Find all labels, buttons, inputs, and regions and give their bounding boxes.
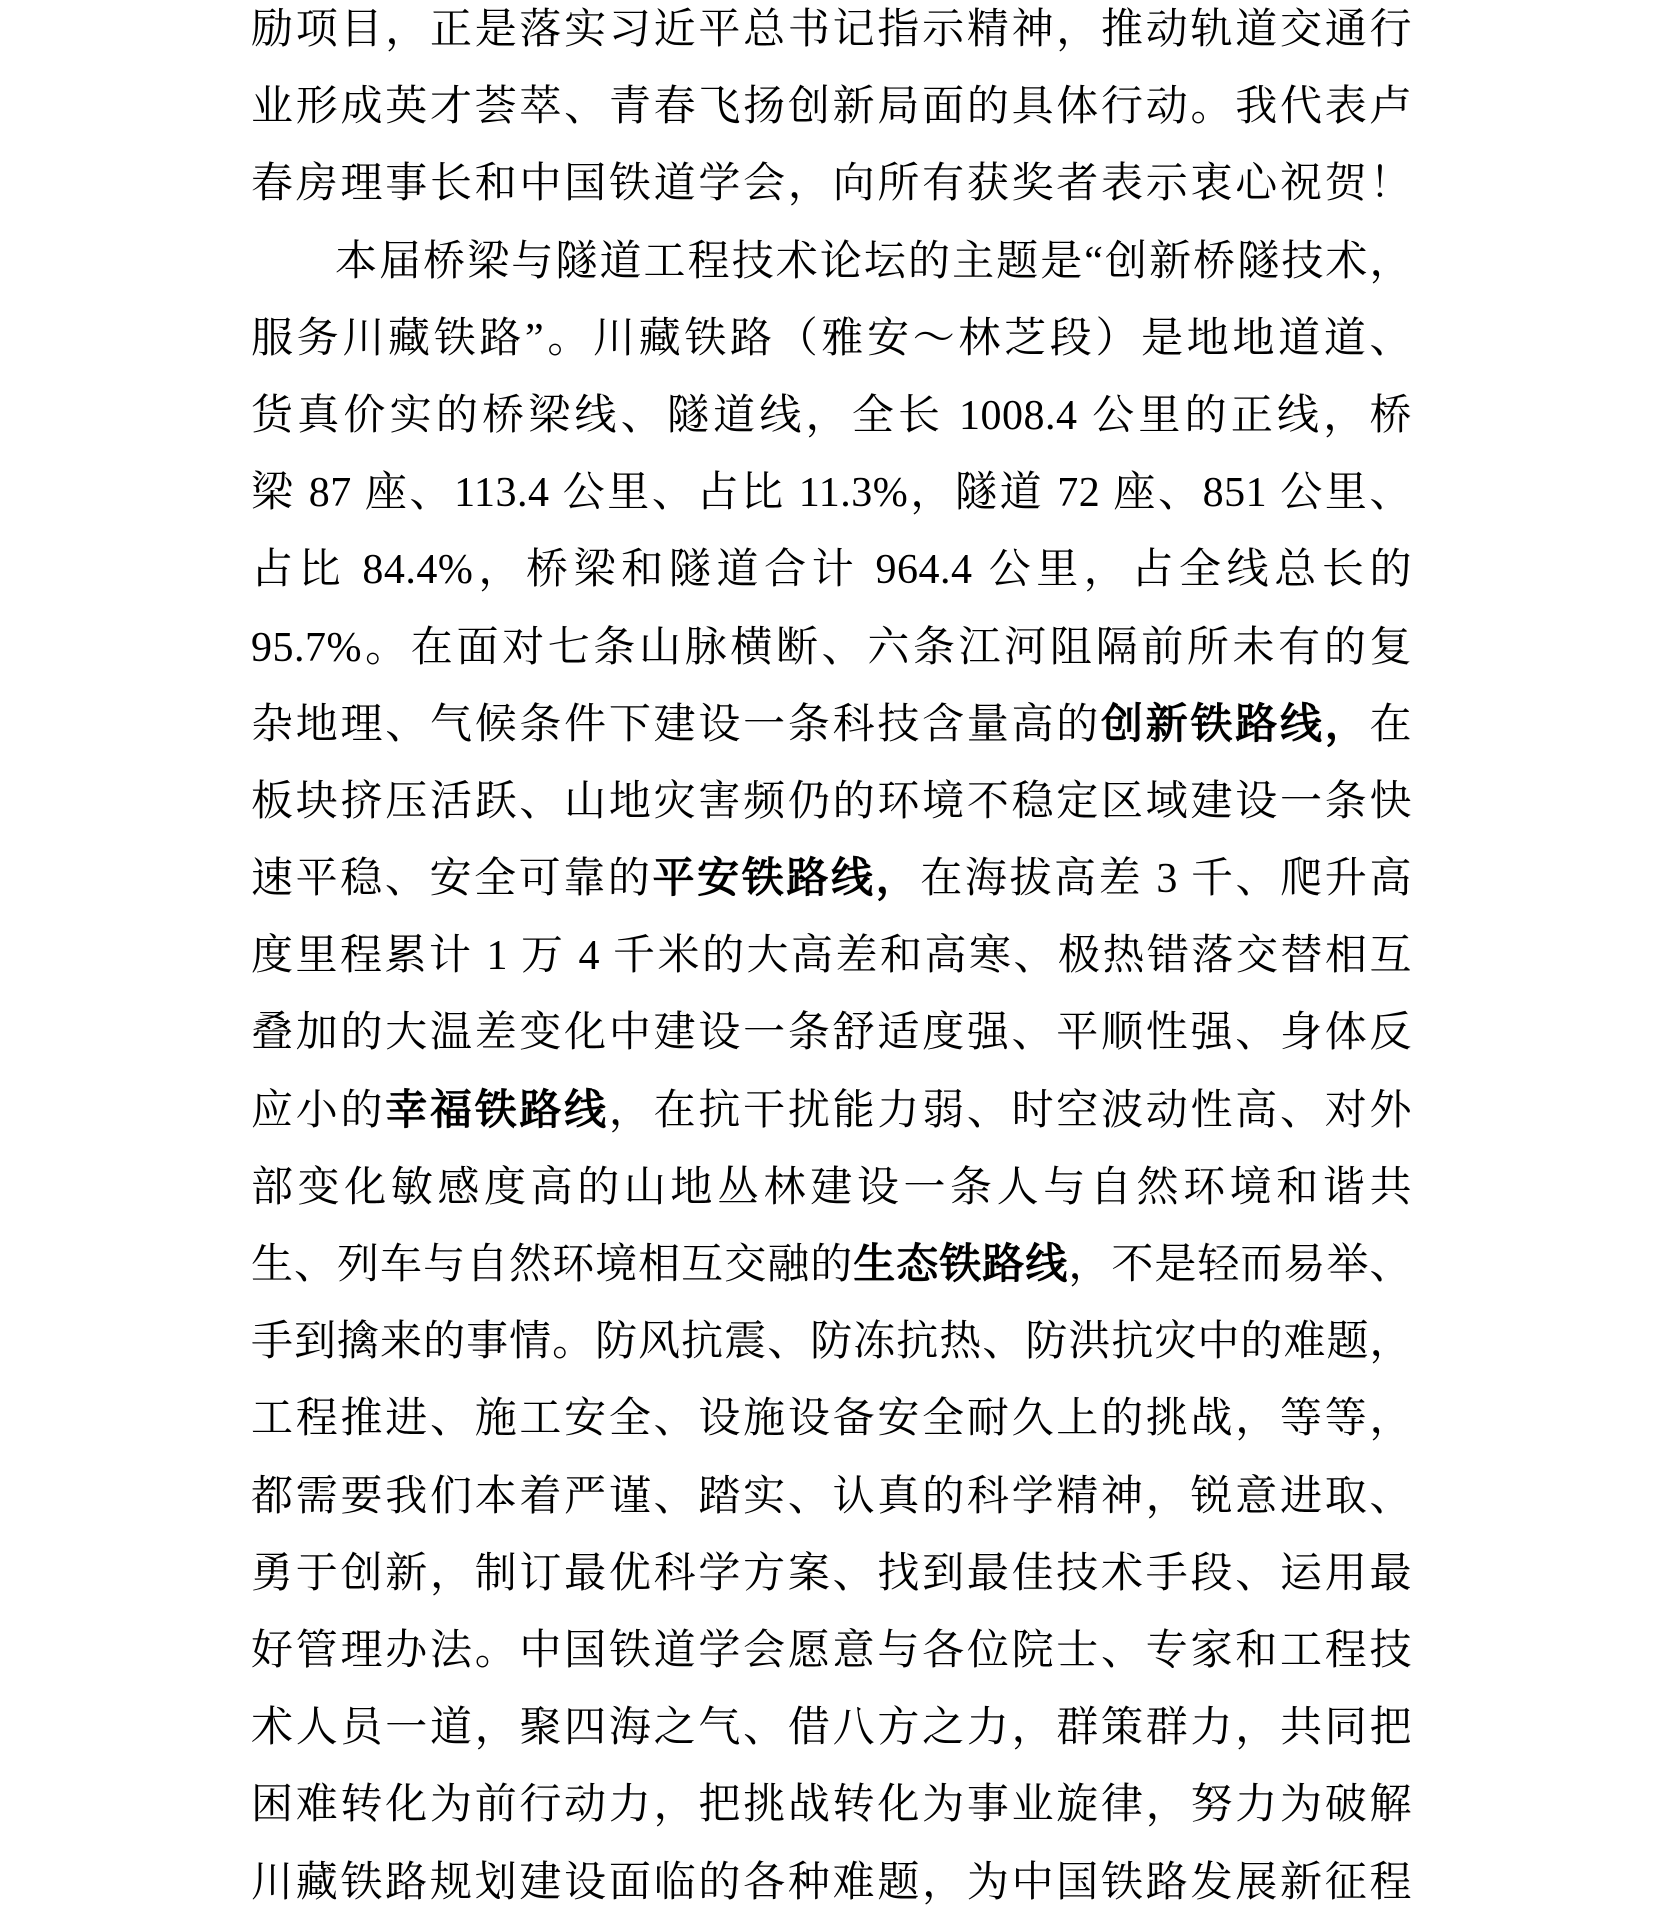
body-text: 服务川藏铁路”。川藏铁路（雅安～林芝段）是地地道道、 [251, 316, 1412, 362]
text-line: 服务川藏铁路”。川藏铁路（雅安～林芝段）是地地道道、 [251, 301, 1412, 378]
text-line: 梁 87 座、113.4 公里、占比 11.3%，隧道 72 座、851 公里、 [251, 455, 1412, 532]
text-line: 应小的幸福铁路线，在抗干扰能力弱、时空波动性高、对外 [251, 1073, 1412, 1150]
body-text: 工程推进、施工安全、设施设备安全耐久上的挑战，等等， [251, 1396, 1412, 1442]
body-text: 生、列车与自然环境相互交融的 [251, 1242, 853, 1288]
emphasis-text: 幸福铁路线 [385, 1088, 609, 1134]
body-text: 勇于创新，制订最优科学方案、找到最佳技术手段、运用最 [251, 1551, 1412, 1597]
text-line: 业形成英才荟萃、青春飞扬创新局面的具体行动。我代表卢 [251, 69, 1412, 146]
text-line: 术人员一道，聚四海之气、借八方之力，群策群力，共同把 [251, 1690, 1412, 1767]
emphasis-text: 创新铁路线， [1101, 702, 1369, 748]
text-line: 好管理办法。中国铁道学会愿意与各位院士、专家和工程技 [251, 1613, 1412, 1690]
text-line: 困难转化为前行动力，把挑战转化为事业旋律，努力为破解 [251, 1767, 1412, 1844]
text-line: 生、列车与自然环境相互交融的生态铁路线，不是轻而易举、 [251, 1227, 1412, 1304]
body-text: 在海拔高差 3 千、爬升高 [920, 856, 1412, 902]
text-line: 川藏铁路规划建设面临的各种难题，为中国铁路发展新征程 [251, 1845, 1412, 1917]
text-line: 手到擒来的事情。防风抗震、防冻抗热、防洪抗灾中的难题， [251, 1304, 1412, 1381]
text-line: 励项目，正是落实习近平总书记指示精神，推动轨道交通行 [251, 0, 1412, 69]
text-line: 占比 84.4%，桥梁和隧道合计 964.4 公里，占全线总长的 [251, 532, 1412, 609]
text-line: 板块挤压活跃、山地灾害频仍的环境不稳定区域建设一条快 [251, 764, 1412, 841]
body-text: 好管理办法。中国铁道学会愿意与各位院士、专家和工程技 [251, 1628, 1412, 1674]
body-text: 占比 84.4%，桥梁和隧道合计 964.4 公里，占全线总长的 [251, 547, 1412, 593]
text-line: 本届桥梁与隧道工程技术论坛的主题是“创新桥隧技术， [251, 224, 1412, 301]
text-line: 工程推进、施工安全、设施设备安全耐久上的挑战，等等， [251, 1381, 1412, 1458]
body-text: 叠加的大温差变化中建设一条舒适度强、平顺性强、身体反 [251, 1010, 1412, 1056]
body-text: 板块挤压活跃、山地灾害频仍的环境不稳定区域建设一条快 [251, 779, 1412, 825]
text-line: 春房理事长和中国铁道学会，向所有获奖者表示衷心祝贺！ [251, 146, 1412, 223]
text-line: 勇于创新，制订最优科学方案、找到最佳技术手段、运用最 [251, 1536, 1412, 1613]
body-text: 杂地理、气候条件下建设一条科技含量高的 [251, 702, 1101, 748]
body-text: 95.7%。在面对七条山脉横断、六条江河阻隔前所未有的复 [251, 625, 1412, 671]
text-line: 95.7%。在面对七条山脉横断、六条江河阻隔前所未有的复 [251, 610, 1412, 687]
body-text: 在 [1369, 702, 1412, 748]
body-text: 度里程累计 1 万 4 千米的大高差和高寒、极热错落交替相互 [251, 933, 1412, 979]
text-line: 货真价实的桥梁线、隧道线，全长 1008.4 公里的正线，桥 [251, 378, 1412, 455]
body-text: ，不是轻而易举、 [1068, 1242, 1412, 1288]
body-text: 都需要我们本着严谨、踏实、认真的科学精神，锐意进取、 [251, 1474, 1412, 1520]
body-text: 速平稳、安全可靠的 [251, 856, 653, 902]
body-text: 手到擒来的事情。防风抗震、防冻抗热、防洪抗灾中的难题， [251, 1319, 1412, 1365]
document-page: 励项目，正是落实习近平总书记指示精神，推动轨道交通行业形成英才荟萃、青春飞扬创新… [0, 0, 1654, 1917]
body-text: 困难转化为前行动力，把挑战转化为事业旋律，努力为破解 [251, 1782, 1412, 1828]
emphasis-text: 平安铁路线， [653, 856, 921, 902]
body-text: 励项目，正是落实习近平总书记指示精神，推动轨道交通行 [251, 7, 1412, 53]
body-text: 本届桥梁与隧道工程技术论坛的主题是“创新桥隧技术， [335, 239, 1412, 285]
text-line: 都需要我们本着严谨、踏实、认真的科学精神，锐意进取、 [251, 1459, 1412, 1536]
body-text: ，在抗干扰能力弱、时空波动性高、对外 [609, 1088, 1412, 1134]
body-text: 应小的 [251, 1088, 385, 1134]
text-line: 叠加的大温差变化中建设一条舒适度强、平顺性强、身体反 [251, 995, 1412, 1072]
body-text: 部变化敏感度高的山地丛林建设一条人与自然环境和谐共 [251, 1165, 1412, 1211]
document-text: 励项目，正是落实习近平总书记指示精神，推动轨道交通行业形成英才荟萃、青春飞扬创新… [251, 0, 1412, 1917]
emphasis-text: 生态铁路线 [853, 1242, 1068, 1288]
body-text: 川藏铁路规划建设面临的各种难题，为中国铁路发展新征程 [251, 1860, 1412, 1906]
body-text: 术人员一道，聚四海之气、借八方之力，群策群力，共同把 [251, 1705, 1412, 1751]
body-text: 货真价实的桥梁线、隧道线，全长 1008.4 公里的正线，桥 [251, 393, 1412, 439]
body-text: 业形成英才荟萃、青春飞扬创新局面的具体行动。我代表卢 [251, 84, 1412, 130]
body-text: 梁 87 座、113.4 公里、占比 11.3%，隧道 72 座、851 公里、 [251, 470, 1412, 516]
text-line: 杂地理、气候条件下建设一条科技含量高的创新铁路线，在 [251, 687, 1412, 764]
text-line: 度里程累计 1 万 4 千米的大高差和高寒、极热错落交替相互 [251, 918, 1412, 995]
text-line: 速平稳、安全可靠的平安铁路线，在海拔高差 3 千、爬升高 [251, 841, 1412, 918]
text-line: 部变化敏感度高的山地丛林建设一条人与自然环境和谐共 [251, 1150, 1412, 1227]
body-text: 春房理事长和中国铁道学会，向所有获奖者表示衷心祝贺！ [251, 161, 1412, 207]
